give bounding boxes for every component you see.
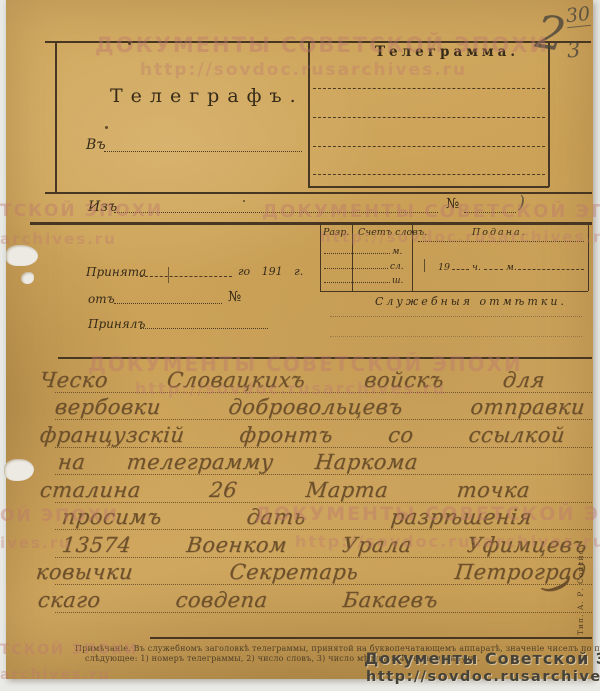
address-rule [313, 174, 545, 175]
podana-tick [424, 259, 425, 272]
podana-dash [484, 269, 503, 270]
to-field-line [104, 151, 302, 152]
torn-hole [6, 245, 38, 266]
watermark-title-partial: ТСКОЙ ЭПОХИ [0, 201, 163, 221]
unit-m: м. [392, 247, 402, 257]
handwritten-line: скаго совдепа Бакаевъ [37, 588, 440, 612]
accepted-label: Принялъ [88, 317, 145, 331]
podana-dash [518, 269, 584, 270]
watermark-title: ДОКУМЕНТЫ СОВЕТСКОЙ ЭПОХИ [95, 33, 549, 57]
handwritten-line: на телеграмму Наркома [57, 450, 420, 474]
from-line [114, 303, 222, 304]
watermark-url-partial: archives.ru [0, 230, 117, 248]
section-line [45, 192, 592, 194]
message-rule [55, 474, 592, 475]
watermark-url: http://sovdoc.rusarchives.ru [320, 228, 600, 246]
watermark-url: http://sovdoc.rusarchives.ru [295, 532, 600, 551]
telegraph-title: Телеграфъ. [110, 85, 304, 107]
message-rule [55, 557, 592, 558]
message-rule [55, 584, 592, 585]
hours-label: ч. [472, 262, 481, 273]
handwritten-line: вербовки добровольцевъ отправки [54, 395, 587, 419]
left-border-line [55, 41, 57, 193]
from-number-sign: № [228, 289, 241, 305]
to-field-label: Въ [86, 137, 106, 153]
word-count-rule [324, 253, 390, 254]
message-rule [55, 612, 592, 613]
service-marks-label: Служебныя отмѣтки. [375, 295, 567, 308]
watermark-bottom-title: Документы Советской Эпохи [364, 649, 600, 668]
watermark-url-partial: ives.ru [0, 534, 72, 552]
thick-section-line [30, 222, 592, 225]
year-19: 19 [438, 262, 450, 273]
address-rule [313, 88, 545, 89]
message-rule [55, 529, 592, 530]
from-label: отъ [88, 292, 115, 306]
message-rule [55, 447, 592, 448]
watermark-url: http://sovdoc.rusarchives.ru [140, 60, 467, 80]
address-rule [313, 117, 545, 118]
received-year: го 191 г. [238, 265, 303, 278]
received-line [140, 276, 232, 277]
watermark-url-partial: archives.ru [0, 667, 111, 683]
watermark-title-partial: ТСКОЙ ЭПОХИ [0, 642, 138, 658]
watermark-title: ДОКУМЕНТЫ СОВЕТСКОЙ ЭПОХИ [255, 503, 600, 525]
accepted-line [140, 328, 268, 329]
address-box-right-line [548, 41, 550, 187]
pencil-number-top: 30 [565, 3, 591, 28]
paper-speck [105, 126, 108, 129]
unit-sl: сл. [390, 262, 404, 272]
podana-dash [452, 269, 469, 270]
word-count-rule [324, 268, 388, 269]
minutes-label: м. [506, 262, 517, 273]
watermark-title-partial: ОЙ ЭПОХИ [0, 506, 119, 526]
word-count-rule [324, 282, 390, 283]
handwritten-line: сталина 26 Марта точка [39, 478, 532, 502]
received-label: Принята [86, 265, 146, 279]
address-rule [313, 146, 545, 147]
pencil-number-bottom: 3 [566, 38, 581, 63]
paper-speck [243, 200, 245, 202]
handwritten-line: французскій фронтъ со ссылкой [39, 423, 567, 447]
paper-speck [128, 42, 131, 45]
unit-sh: ш. [392, 276, 403, 286]
service-box-bottom [320, 291, 588, 292]
received-tick [168, 267, 169, 283]
service-marks-rule [330, 336, 582, 337]
watermark-title: ДОКУМЕНТЫ СОВЕТСКОЙ ЭПОХИ [88, 352, 523, 376]
torn-hole [21, 272, 34, 284]
watermark-bottom-url: http://sovdoc.rusarchives.ru [366, 669, 600, 685]
watermark-title: ДОКУМЕНТЫ СОВЕТСКОЙ ЭПОХИ [262, 201, 600, 222]
message-rule [55, 419, 592, 420]
scanned-telegram-page: Телеграфъ. Въ Телеграмма. 2 30 3 Изъ № )… [0, 0, 600, 691]
address-box-bottom-line [308, 186, 549, 188]
service-marks-rule [330, 316, 582, 317]
handwritten-line: ковычки Секретарь Петроград [35, 560, 588, 584]
watermark-url: http://sovdoc.rusarchives.ru [135, 379, 446, 398]
footnote-separator-line [150, 637, 592, 639]
